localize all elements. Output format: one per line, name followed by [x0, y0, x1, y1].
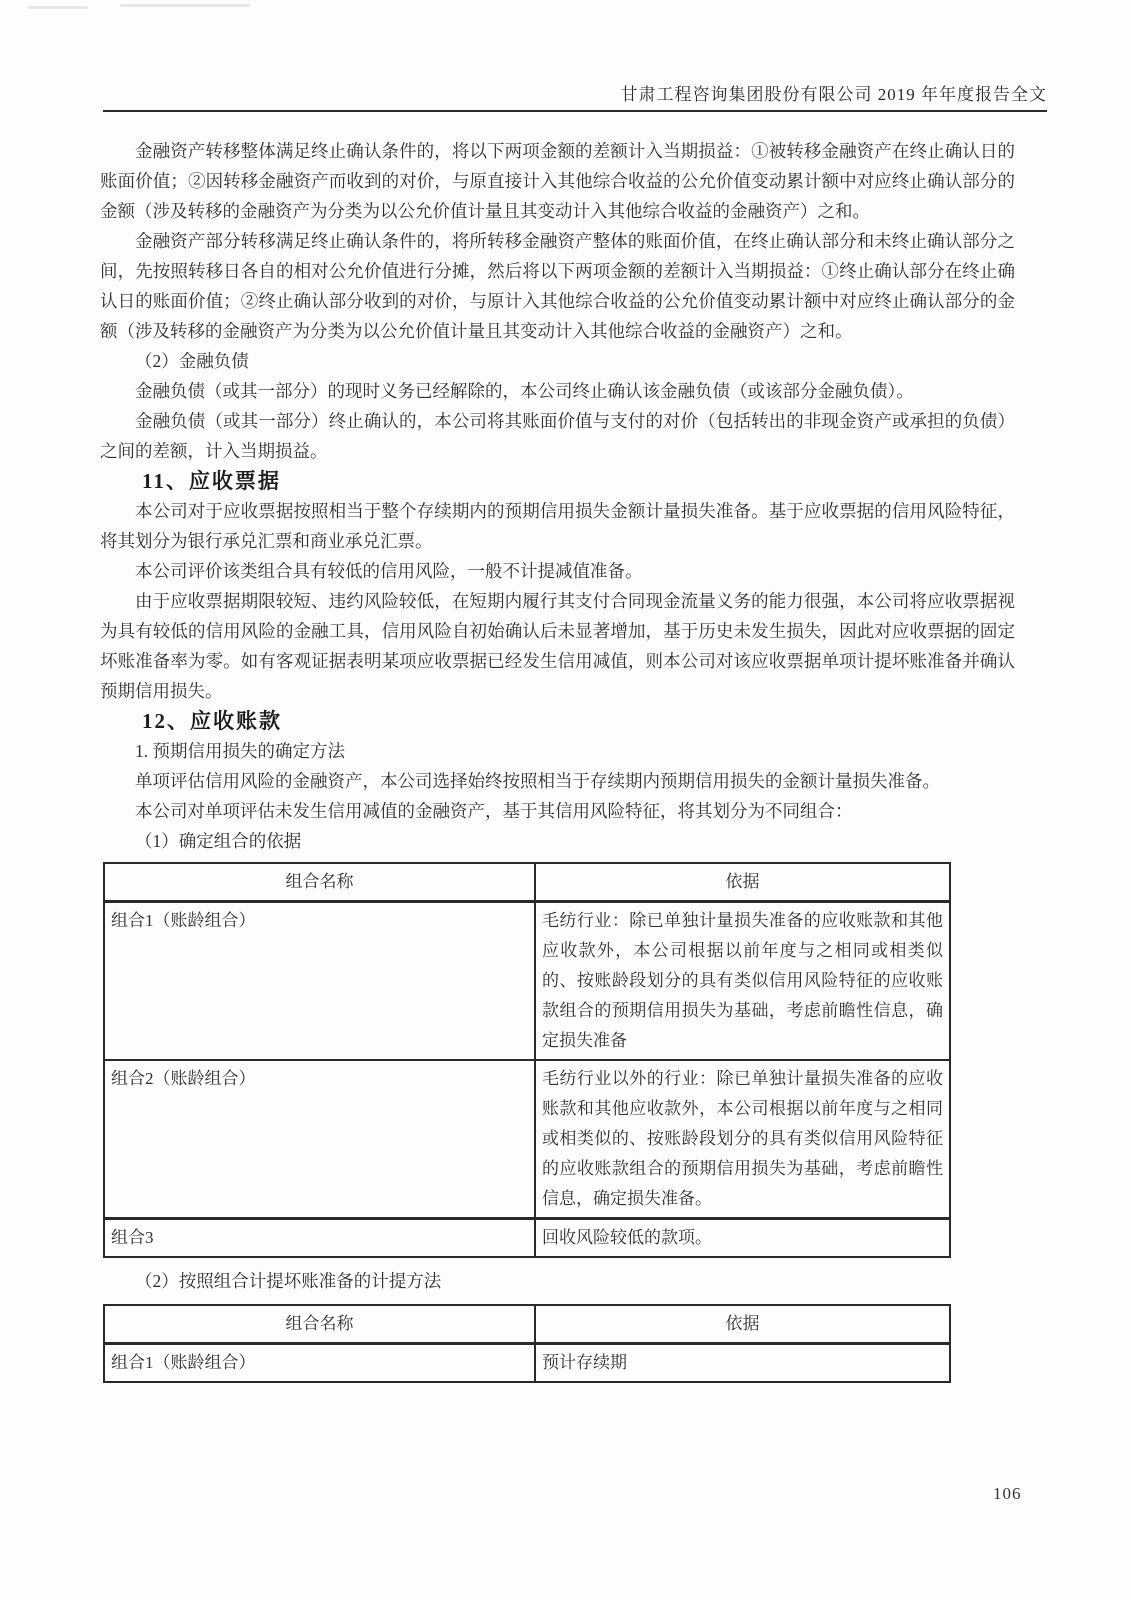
section-11-paragraph-1: 本公司对于应收票据按照相当于整个存续期内的预期信用损失金额计量损失准备。基于应收…: [100, 496, 1015, 556]
section-12-paragraph-2: 本公司对单项评估未发生信用减值的金融资产，基于其信用风险特征，将其划分为不同组合…: [100, 796, 1015, 826]
section-12-item-1-heading: 1. 预期信用损失的确定方法: [100, 736, 1015, 766]
header-rule: [103, 110, 1047, 112]
page-number: 106: [993, 1484, 1022, 1504]
portfolio-name-cell: 组合1（账龄组合）: [104, 902, 535, 1061]
provision-method-table: 组合名称 依据 组合1（账龄组合） 预计存续期: [103, 1304, 951, 1383]
portfolio-basis-cell: 回收风险较低的款项。: [535, 1219, 950, 1258]
subheading-provision-method: （2）按照组合计提坏账准备的计提方法: [100, 1266, 1015, 1296]
portfolio-name-cell: 组合2（账龄组合）: [104, 1060, 535, 1219]
column-header-portfolio-name: 组合名称: [104, 863, 535, 902]
portfolio-name-cell: 组合3: [104, 1219, 535, 1258]
subheading-portfolio-basis: （1）确定组合的依据: [100, 826, 1015, 856]
section-11-paragraph-3: 由于应收票据期限较短、违约风险较低，在短期内履行其支付合同现金流量义务的能力很强…: [100, 586, 1015, 706]
section-11-heading: 11、应收票据: [100, 466, 1015, 496]
running-header: 甘肃工程咨询集团股份有限公司 2019 年年度报告全文: [621, 80, 1048, 105]
scan-artifact: [28, 6, 88, 9]
column-header-basis: 依据: [535, 1305, 950, 1344]
document-body: 金融资产转移整体满足终止确认条件的，将以下两项金额的差额计入当期损益：①被转移金…: [100, 136, 1015, 1383]
table-header-row: 组合名称 依据: [104, 863, 950, 902]
column-header-basis: 依据: [535, 863, 950, 902]
scan-artifact: [120, 4, 250, 7]
portfolio-basis-cell: 预计存续期: [535, 1344, 950, 1383]
paragraph-liability-derecognition-2: 金融负债（或其一部分）终止确认的，本公司将其账面价值与支付的对价（包括转出的非现…: [100, 406, 1015, 466]
section-11-paragraph-2: 本公司评价该类组合具有较低的信用风险，一般不计提减值准备。: [100, 556, 1015, 586]
paragraph-liability-derecognition-1: 金融负债（或其一部分）的现时义务已经解除的，本公司终止确认该金融负债（或该部分金…: [100, 376, 1015, 406]
section-12-heading: 12、应收账款: [100, 706, 1015, 736]
table-row: 组合3 回收风险较低的款项。: [104, 1219, 950, 1258]
portfolio-name-cell: 组合1（账龄组合）: [104, 1344, 535, 1383]
paragraph-transfer-whole: 金融资产转移整体满足终止确认条件的，将以下两项金额的差额计入当期损益：①被转移金…: [100, 136, 1015, 226]
portfolio-basis-cell: 毛纺行业以外的行业：除已单独计量损失准备的应收账款和其他应收款外，本公司根据以前…: [535, 1060, 950, 1219]
table-row: 组合2（账龄组合） 毛纺行业以外的行业：除已单独计量损失准备的应收账款和其他应收…: [104, 1060, 950, 1219]
section-12-paragraph-1: 单项评估信用风险的金融资产，本公司选择始终按照相当于存续期内预期信用损失的金额计…: [100, 766, 1015, 796]
table-row: 组合1（账龄组合） 毛纺行业：除已单独计量损失准备的应收账款和其他应收款外，本公…: [104, 902, 950, 1061]
table-row: 组合1（账龄组合） 预计存续期: [104, 1344, 950, 1383]
paragraph-transfer-partial: 金融资产部分转移满足终止确认条件的，将所转移金融资产整体的账面价值，在终止确认部…: [100, 226, 1015, 346]
table-header-row: 组合名称 依据: [104, 1305, 950, 1344]
column-header-portfolio-name: 组合名称: [104, 1305, 535, 1344]
subheading-financial-liabilities: （2）金融负债: [100, 346, 1015, 376]
report-page: 甘肃工程咨询集团股份有限公司 2019 年年度报告全文 金融资产转移整体满足终止…: [0, 0, 1131, 1600]
portfolio-basis-cell: 毛纺行业：除已单独计量损失准备的应收账款和其他应收款外，本公司根据以前年度与之相…: [535, 902, 950, 1061]
portfolio-basis-table: 组合名称 依据 组合1（账龄组合） 毛纺行业：除已单独计量损失准备的应收账款和其…: [103, 862, 951, 1258]
